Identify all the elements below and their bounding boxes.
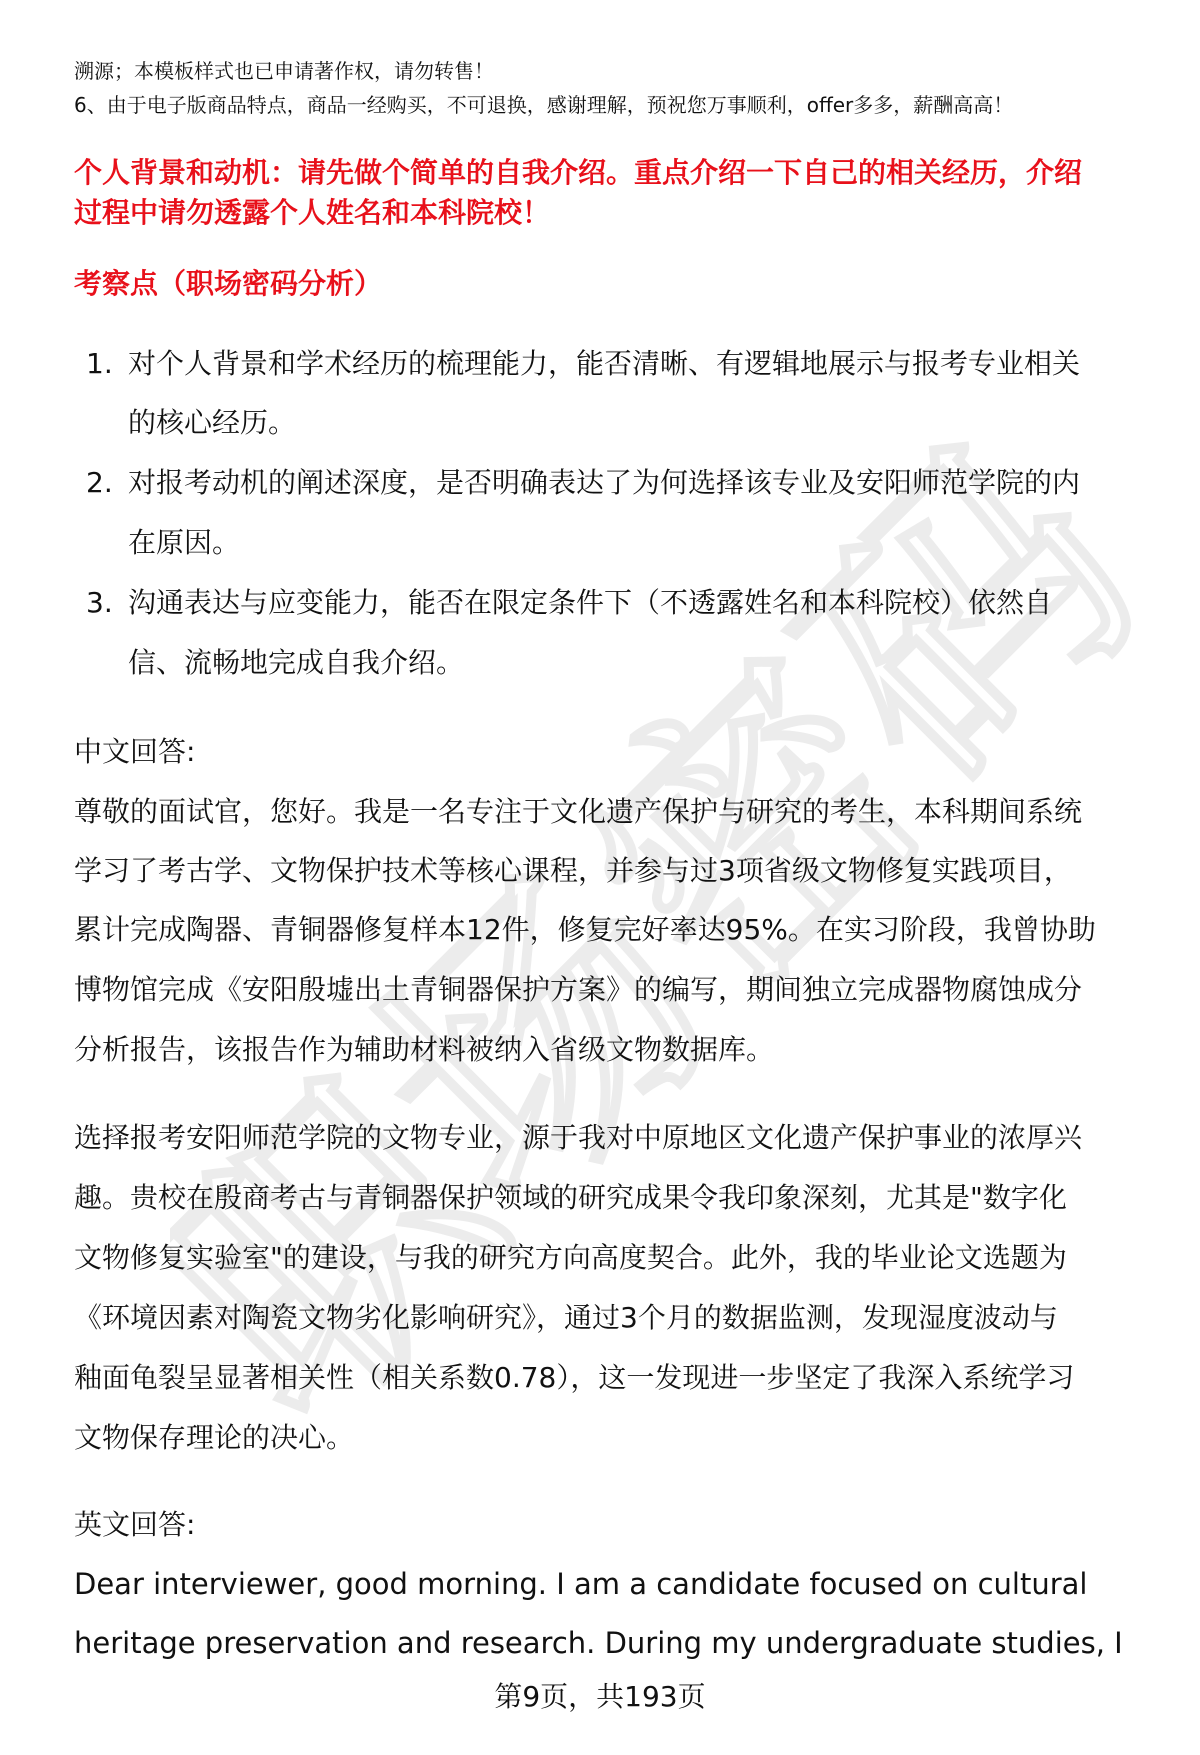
paragraph-line: 釉面龟裂呈显著相关性（相关系数0.78），这一发现进一步坚定了我深入系统学习 — [74, 1360, 1074, 1396]
paragraph-line: 分析报告，该报告作为辅助材料被纳入省级文物数据库。 — [74, 1032, 774, 1068]
list-item-number: 2. — [86, 465, 113, 501]
question-line-2: 过程中请勿透露个人姓名和本科院校！ — [74, 195, 550, 231]
english-answer-line: heritage preservation and research. Duri… — [74, 1625, 1123, 1661]
list-item-text: 信、流畅地完成自我介绍。 — [128, 645, 464, 681]
paragraph-line: 累计完成陶器、青铜器修复样本12件，修复完好率达95%。在实习阶段，我曾协助 — [74, 912, 1096, 948]
paragraph-line: 尊敬的面试官，您好。我是一名专注于文化遗产保护与研究的考生，本科期间系统 — [74, 794, 1082, 830]
paragraph-line: 文物保存理论的决心。 — [74, 1420, 354, 1456]
paragraph-line: 学习了考古学、文物保护技术等核心课程，并参与过3项省级文物修复实践项目， — [74, 853, 1072, 889]
focus-heading: 考察点（职场密码分析） — [74, 266, 382, 302]
list-item-text: 沟通表达与应变能力，能否在限定条件下（不透露姓名和本科院校）依然自 — [128, 585, 1052, 621]
notice-line-2: 6、由于电子版商品特点，商品一经购买，不可退换，感谢理解，预祝您万事顺利，off… — [74, 92, 1013, 118]
notice-line-1: 溯源；本模板样式也已申请著作权，请勿转售！ — [74, 58, 494, 84]
paragraph-line: 趣。贵校在殷商考古与青铜器保护领域的研究成果令我印象深刻，尤其是"数字化 — [74, 1180, 1067, 1216]
paragraph-line: 文物修复实验室"的建设，与我的研究方向高度契合。此外，我的毕业论文选题为 — [74, 1240, 1067, 1276]
paragraph-line: 博物馆完成《安阳殷墟出土青铜器保护方案》的编写，期间独立完成器物腐蚀成分 — [74, 972, 1082, 1008]
list-item-number: 1. — [86, 346, 113, 382]
list-item-text: 的核心经历。 — [128, 405, 296, 441]
english-answer-line: Dear interviewer, good morning. I am a c… — [74, 1566, 1087, 1602]
question-line-1: 个人背景和动机：请先做个简单的自我介绍。重点介绍一下自己的相关经历，介绍 — [74, 155, 1082, 191]
page-indicator: 第9页，共193页 — [0, 1679, 1200, 1715]
chinese-answer-label: 中文回答: — [74, 734, 195, 770]
list-item-number: 3. — [86, 585, 113, 621]
list-item-text: 对报考动机的阐述深度，是否明确表达了为何选择该专业及安阳师范学院的内 — [128, 465, 1080, 501]
english-answer-label: 英文回答: — [74, 1507, 195, 1543]
list-item-text: 对个人背景和学术经历的梳理能力，能否清晰、有逻辑地展示与报考专业相关 — [128, 346, 1080, 382]
list-item-text: 在原因。 — [128, 525, 240, 561]
paragraph-line: 《环境因素对陶瓷文物劣化影响研究》，通过3个月的数据监测，发现湿度波动与 — [74, 1300, 1058, 1336]
paragraph-line: 选择报考安阳师范学院的文物专业，源于我对中原地区文化遗产保护事业的浓厚兴 — [74, 1120, 1082, 1156]
